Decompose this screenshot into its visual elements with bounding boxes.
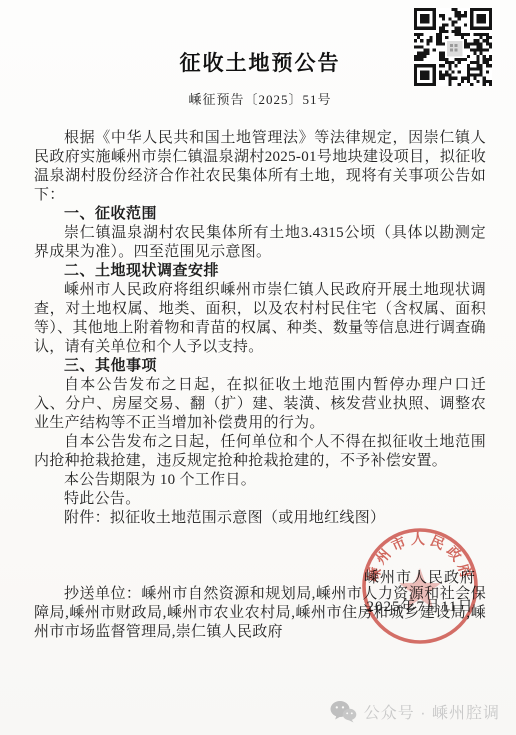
intro-paragraph: 根据《中华人民共和国土地管理法》等法律规定，因崇仁镇人民政府实施嵊州市崇仁镇温泉… — [34, 129, 486, 205]
section-1-paragraph: 崇仁镇温泉湖村农民集体所有土地3.4315公顷（具体以勘测定界成果为准）。四至范… — [34, 224, 486, 262]
qr-code — [414, 8, 492, 86]
doc-number: 嵊征预告〔2025〕51号 — [34, 91, 486, 108]
signature-issuer: 嵊州市人民政府 — [340, 568, 500, 588]
attachment-line: 附件：拟征收土地范围示意图（或用地红线图） — [34, 509, 486, 528]
section-2-heading: 二、土地现状调查安排 — [34, 262, 486, 281]
watermark-label: 公众号 · 嵊州腔调 — [364, 700, 500, 723]
closing-line: 特此公告。 — [34, 490, 486, 509]
watermark: 公众号 · 嵊州腔调 — [330, 700, 500, 723]
section-3-paragraph-2: 自本公告发布之日起，任何单位和个人不得在拟征收土地范围内抢种抢栽抢建，违反规定抢… — [34, 433, 486, 471]
announcement-document: 征收土地预公告 嵊征预告〔2025〕51号 根据《中华人民共和国土地管理法》等法… — [0, 0, 516, 735]
wechat-icon — [330, 700, 357, 723]
section-3-heading: 三、其他事项 — [34, 357, 486, 376]
notice-period-line: 本公告期限为 10 个工作日。 — [34, 471, 486, 490]
section-1-heading: 一、征收范围 — [34, 205, 486, 224]
section-2-paragraph: 嵊州市人民政府将组织嵊州市崇仁镇人民政府开展土地现状调查，对土地权属、地类、面积… — [34, 281, 486, 357]
signature-date: 2025年7月11日 — [340, 597, 500, 617]
section-3-paragraph-1: 自本公告发布之日起，在拟征收土地范围内暂停办理户口迁入、分户、房屋交易、翻（扩）… — [34, 376, 486, 433]
signature-block: 嵊州市人民政府 2025年7月11日 — [340, 568, 500, 617]
